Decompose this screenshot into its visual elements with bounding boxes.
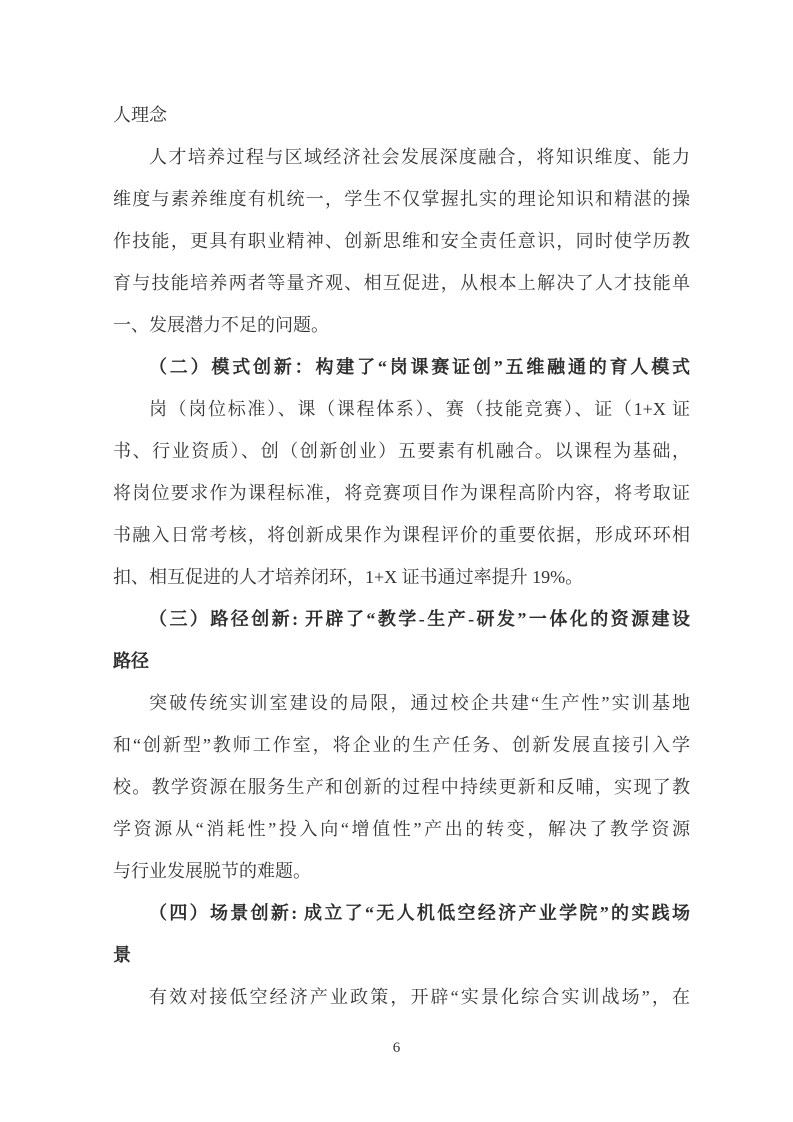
- text-line: 学资源从“消耗性”投入向“增值性”产出的转变，解决了教学资源: [113, 808, 690, 850]
- text-line: 校。教学资源在服务生产和创新的过程中持续更新和反哺，实现了教: [113, 766, 690, 808]
- text-line: 突破传统实训室建设的局限，通过校企共建“生产性”实训基地: [113, 682, 690, 724]
- text-line: 扣、相互促进的人才培养闭环，1+X 证书通过率提升 19%。: [113, 556, 690, 598]
- text-line: 人理念: [113, 94, 690, 136]
- text-line: 和“创新型”教师工作室，将企业的生产任务、创新发展直接引入学: [113, 724, 690, 766]
- text-line: 岗（岗位标准）、课（课程体系）、赛（技能竞赛）、证（1+X 证: [113, 388, 690, 430]
- heading-line: （二）模式创新：构建了“岗课赛证创”五维融通的育人模式: [113, 346, 690, 388]
- text-line: 将岗位要求作为课程标准，将竞赛项目作为课程高阶内容，将考取证: [113, 472, 690, 514]
- text-line: 书、行业资质）、创（创新创业）五要素有机融合。以课程为基础，: [113, 430, 690, 472]
- heading-line: 景: [113, 934, 690, 976]
- text-line: 育与技能培养两者等量齐观、相互促进，从根本上解决了人才技能单: [113, 262, 690, 304]
- text-line: 作技能，更具有职业精神、创新思维和安全责任意识，同时使学历教: [113, 220, 690, 262]
- text-line: 书融入日常考核，将创新成果作为课程评价的重要依据，形成环环相: [113, 514, 690, 556]
- text-line: 人才培养过程与区域经济社会发展深度融合，将知识维度、能力: [113, 136, 690, 178]
- text-line: 有效对接低空经济产业政策，开辟“实景化综合实训战场”，在: [113, 976, 690, 1018]
- page-number: 6: [0, 1038, 793, 1058]
- heading-line: （三）路径创新: 开辟了“教学-生产-研发”一体化的资源建设: [113, 598, 690, 640]
- document-page: 人理念人才培养过程与区域经济社会发展深度融合，将知识维度、能力维度与素养维度有机…: [0, 0, 793, 1122]
- document-body: 人理念人才培养过程与区域经济社会发展深度融合，将知识维度、能力维度与素养维度有机…: [113, 94, 690, 1018]
- heading-line: （四）场景创新: 成立了“无人机低空经济产业学院”的实践场: [113, 892, 690, 934]
- text-line: 与行业发展脱节的难题。: [113, 850, 690, 892]
- heading-line: 路径: [113, 640, 690, 682]
- text-line: 一、发展潜力不足的问题。: [113, 304, 690, 346]
- text-line: 维度与素养维度有机统一，学生不仅掌握扎实的理论知识和精湛的操: [113, 178, 690, 220]
